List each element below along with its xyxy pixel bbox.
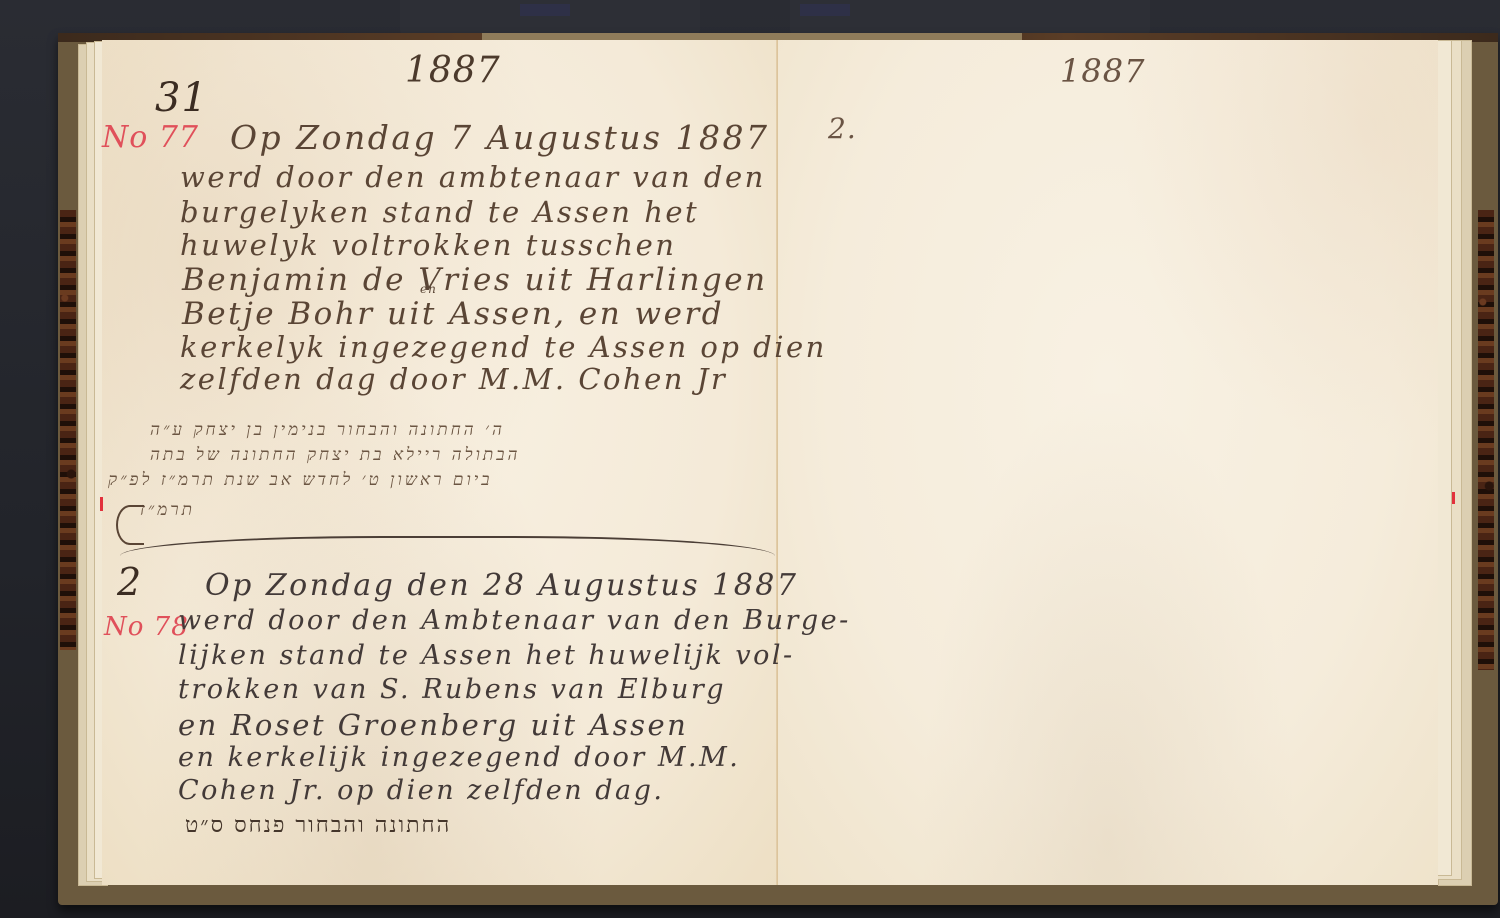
entry-77-line-5-groom: Benjamin de Vries uit Harlingen xyxy=(182,262,768,298)
right-page-number: 2. xyxy=(828,112,857,145)
entry-77-line-6-bride: Betje Bohr uit Assen, en werd xyxy=(182,296,724,332)
entry-77-hebrew-line-3: ביום ראשון ט׳ לחדש אב שנת תרמ״ז לפ״ק xyxy=(108,470,492,490)
marbled-edge-right xyxy=(1478,210,1494,670)
entry-77-line-3: burgelyken stand te Assen het xyxy=(180,195,699,229)
entry-77-hebrew-line-2: הבתולה ריילא בת יצחק החתונה של בתה xyxy=(150,445,520,465)
register-number-77: No 77 xyxy=(102,120,199,155)
entry-77-line-4: huwelyk voltrokken tusschen xyxy=(180,228,676,262)
entry-77-hebrew-line-1: ה׳ החתונה והבחור בנימין בן יצחק ע״ה xyxy=(150,420,505,440)
entry-78-margin-number: 2 xyxy=(117,560,142,604)
left-page-number: 31 xyxy=(155,75,208,121)
right-page xyxy=(778,40,1438,885)
marbled-edge-left xyxy=(60,210,76,650)
entry-78-line-2: werd door den Ambtenaar van den Burge- xyxy=(178,605,851,636)
closing-flourish xyxy=(116,505,144,545)
entry-77-line-1: Op Zondag 7 Augustus 1887 xyxy=(230,118,769,157)
entry-77-en: en xyxy=(420,282,437,296)
entry-78-line-1: Op Zondag den 28 Augustus 1887 xyxy=(205,568,798,603)
entry-78-line-4: trokken van S. Rubens van Elburg xyxy=(178,674,726,705)
entry-77-line-7: kerkelyk ingezegend te Assen op dien xyxy=(180,330,827,364)
entry-divider-line xyxy=(120,536,775,560)
red-margin-mark-right xyxy=(1452,492,1455,504)
stand-bracket-right xyxy=(790,0,1150,36)
entry-77-line-2: werd door den ambtenaar van den xyxy=(180,160,766,194)
entry-78-line-3: lijken stand te Assen het huwelijk vol- xyxy=(178,640,795,671)
left-year-header: 1887 xyxy=(405,50,501,91)
red-margin-mark xyxy=(100,497,103,511)
scan-scene: 1887 31 No 77 Op Zondag 7 Augustus 1887 … xyxy=(0,0,1500,918)
entry-78-line-7: Cohen Jr. op dien zelfden dag. xyxy=(178,775,665,806)
right-year-header: 1887 xyxy=(1060,52,1145,90)
entry-78-line-6: en kerkelijk ingezegend door M.M. xyxy=(178,742,740,773)
entry-77-line-8: zelfden dag door M.M. Cohen Jr xyxy=(180,362,727,396)
register-number-78: No 78 xyxy=(104,612,189,642)
entry-77-hebrew-line-4: תרמ״ז xyxy=(140,500,195,520)
entry-78-hebrew-note: החתונה והבחור פנחס ס״ט xyxy=(185,812,451,838)
stand-bracket-left xyxy=(400,0,700,36)
entry-78-line-5: en Roset Groenberg uit Assen xyxy=(178,708,688,742)
